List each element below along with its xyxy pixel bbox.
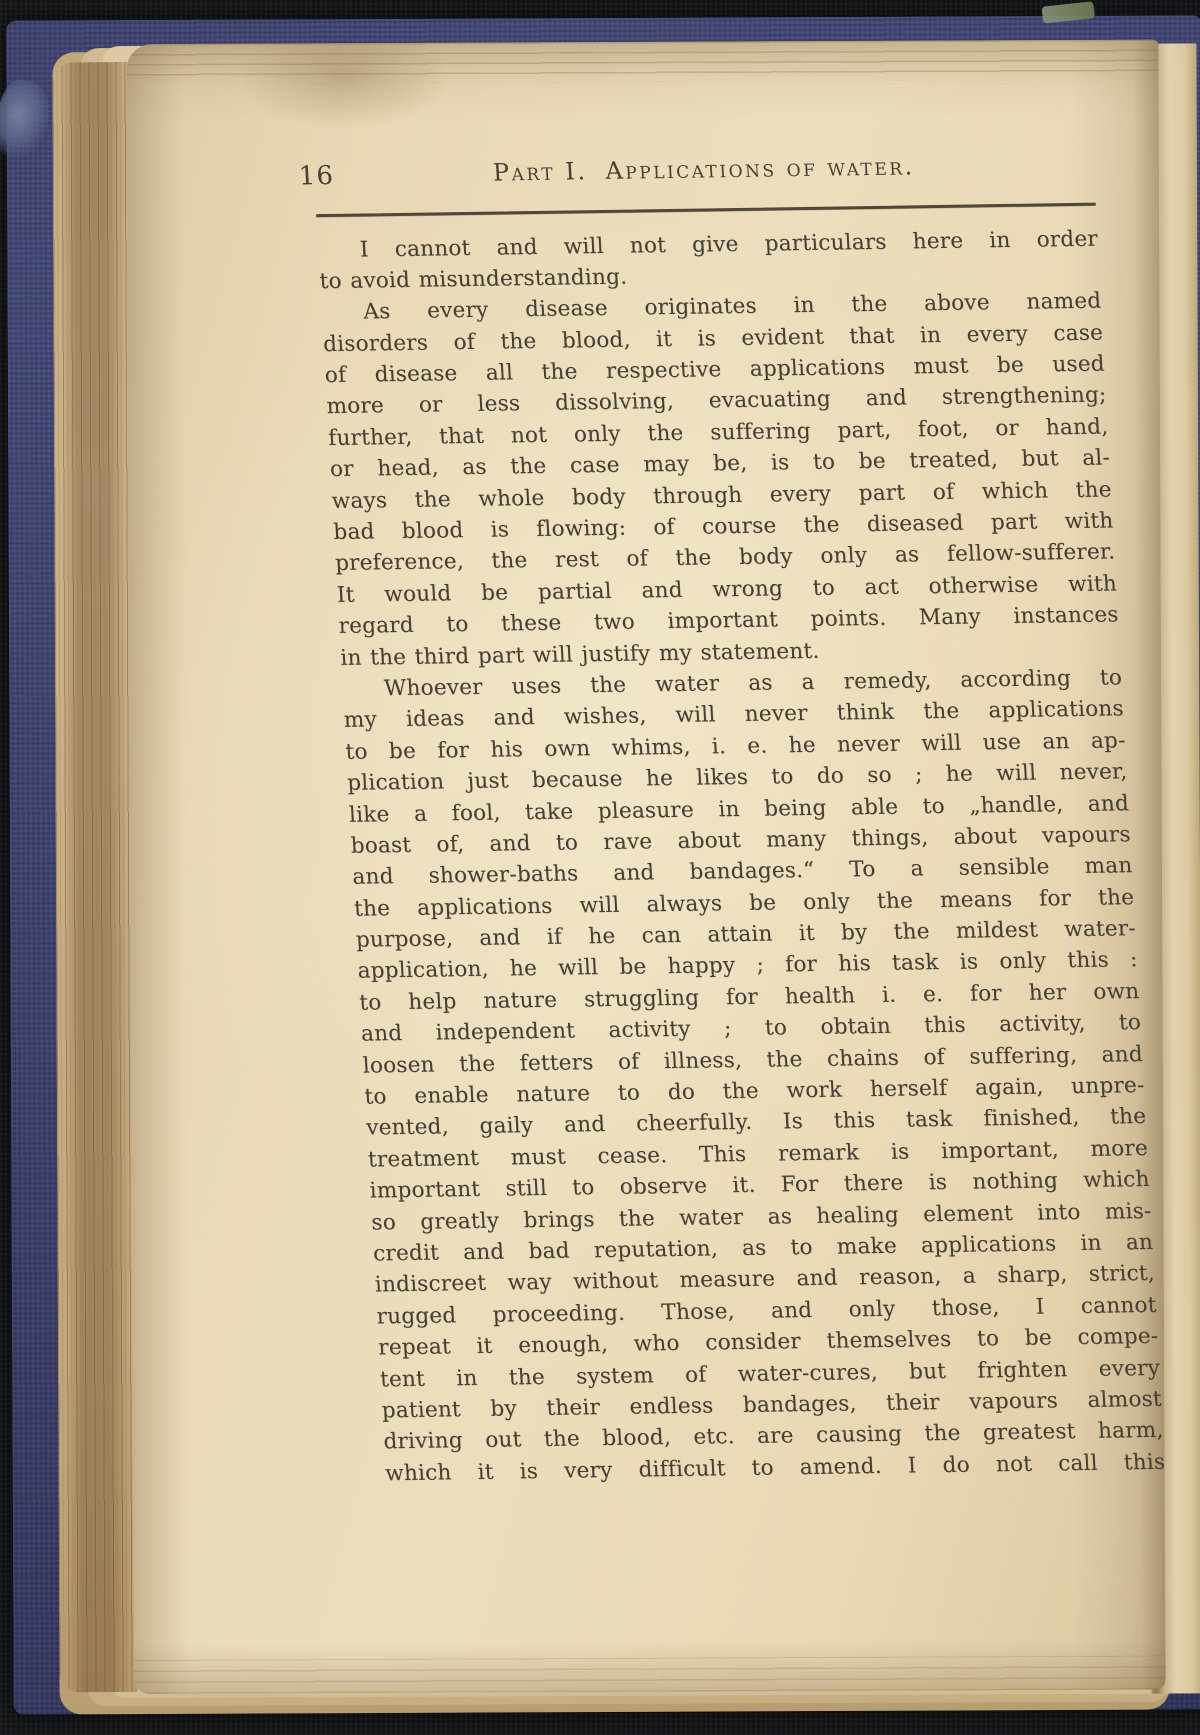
page-content: 16 Part I.Applications of water. I canno… — [313, 148, 1166, 1490]
page-fore-edge — [52, 62, 137, 1692]
book-page: 16 Part I.Applications of water. I canno… — [126, 40, 1165, 1694]
running-header: Part I.Applications of water. — [313, 148, 1095, 192]
page-bottom-edges — [133, 1656, 1165, 1695]
page-top-edges — [126, 40, 1158, 85]
page-number: 16 — [298, 163, 335, 190]
body-text: I cannot and will not give particulars h… — [317, 223, 1166, 1489]
running-header-title: Applications of water. — [605, 152, 916, 185]
page-header: 16 Part I.Applications of water. — [313, 148, 1095, 194]
running-header-part: Part I. — [492, 157, 588, 186]
book: 16 Part I.Applications of water. I canno… — [0, 0, 1200, 1735]
header-rule — [316, 203, 1096, 217]
photo-background: 16 Part I.Applications of water. I canno… — [0, 0, 1200, 1735]
